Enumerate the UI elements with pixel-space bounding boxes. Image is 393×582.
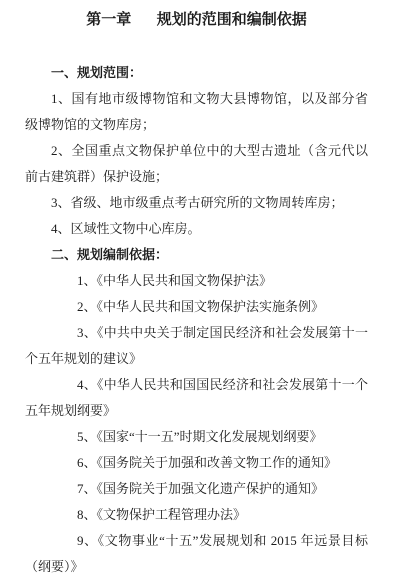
list-item: 1、《中华人民共和国文物保护法》 [25, 268, 368, 294]
section-heading-compilation-basis: 二、规划编制依据： [25, 242, 368, 268]
list-item: 1、国有地市级博物馆和文物大县博物馆，以及部分省级博物馆的文物库房； [25, 86, 368, 138]
list-item: 3、《中共中央关于制定国民经济和社会发展第十一个五年规划的建议》 [25, 320, 368, 372]
list-item: 2、《中华人民共和国文物保护法实施条例》 [25, 294, 368, 320]
document-body: 一、规划范围： 1、国有地市级博物馆和文物大县博物馆，以及部分省级博物馆的文物库… [25, 60, 368, 580]
document-page: 第一章规划的范围和编制依据 一、规划范围： 1、国有地市级博物馆和文物大县博物馆… [0, 0, 393, 582]
list-item: 2、全国重点文物保护单位中的大型古遗址（含元代以前古建筑群）保护设施； [25, 138, 368, 190]
list-item: 7、《国务院关于加强文化遗产保护的通知》 [25, 476, 368, 502]
chapter-title: 第一章规划的范围和编制依据 [25, 7, 368, 34]
section-heading-planning-scope: 一、规划范围： [25, 60, 368, 86]
list-item: 4、《中华人民共和国国民经济和社会发展第十一个五年规划纲要》 [25, 372, 368, 424]
list-item: 6、《国务院关于加强和改善文物工作的通知》 [25, 450, 368, 476]
list-item: 9、《文物事业“十五”发展规划和 2015 年远景目标（纲要）》 [25, 528, 368, 580]
list-item: 8、《文物保护工程管理办法》 [25, 502, 368, 528]
list-item: 3、省级、地市级重点考古研究所的文物周转库房； [25, 190, 368, 216]
list-item: 4、区域性文物中心库房。 [25, 216, 368, 242]
chapter-title-text: 规划的范围和编制依据 [157, 12, 307, 28]
list-item: 5、《国家“十一五”时期文化发展规划纲要》 [25, 424, 368, 450]
chapter-number: 第一章 [86, 7, 131, 34]
